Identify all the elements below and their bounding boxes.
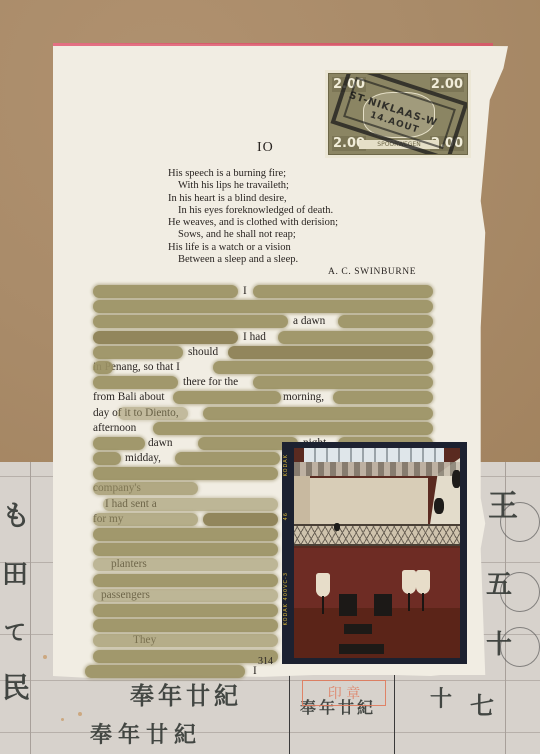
calligraphy-glyph: も <box>2 502 30 530</box>
paint-blot <box>93 634 278 647</box>
gallery-photograph: KODAK 46 KODAK 400VC-3 <box>282 442 467 664</box>
mannequin-stand <box>422 593 424 611</box>
rust-spot <box>43 655 47 659</box>
page-red-edge <box>53 43 493 46</box>
poem-line: Sows, and he shall not reap; <box>168 229 338 241</box>
calligraphy-glyph: 七 <box>470 694 494 718</box>
paint-blot <box>173 391 281 404</box>
paint-blot <box>203 513 278 526</box>
bust-figure <box>434 498 444 514</box>
stamp-design: 2.00 2.00 2.00 2.00 SPOORWEGEN ST-NIKLAA… <box>328 73 468 155</box>
mannequin-stand <box>408 593 410 611</box>
film-edge-text: KODAK 400VC-3 <box>283 572 289 625</box>
paint-blot <box>93 650 278 663</box>
circular-seal <box>500 572 540 612</box>
paint-blot <box>93 589 278 602</box>
paint-blot <box>103 498 278 511</box>
prose-row: should <box>93 345 438 360</box>
circular-seal <box>500 627 540 667</box>
calligraphy-glyph: 民 <box>2 674 30 702</box>
paint-blot <box>93 619 278 632</box>
paint-blot <box>228 346 433 359</box>
balcony-railing <box>294 524 460 546</box>
prose-row: I <box>93 284 438 299</box>
upper-truss <box>294 462 460 476</box>
prose-row: day of it to Diento, <box>93 406 438 421</box>
paint-blot <box>278 331 433 344</box>
paint-blot <box>93 574 278 587</box>
paint-blot <box>175 452 280 465</box>
dress-mannequin <box>416 570 430 594</box>
prose-row <box>93 299 438 314</box>
photo-scene <box>294 448 460 658</box>
red-seal-stamp: 印 章 <box>302 680 386 706</box>
folio-number: 314 <box>258 656 273 667</box>
postage-stamp: 2.00 2.00 2.00 2.00 SPOORWEGEN ST-NIKLAA… <box>325 70 471 158</box>
paint-blot <box>93 285 238 298</box>
poem-line: He weaves, and is clothed with derision; <box>168 217 338 229</box>
paint-blot <box>93 604 278 617</box>
ruled-line <box>0 680 540 681</box>
paint-blot <box>93 452 121 465</box>
paint-blot <box>93 513 198 526</box>
visible-word: morning, <box>283 390 324 405</box>
prose-row: there for the <box>93 375 438 390</box>
prose-row: in Penang, so that I <box>93 360 438 375</box>
paint-blot <box>213 361 433 374</box>
prose-row: from Bali about morning, <box>93 390 438 405</box>
paint-blot <box>253 285 433 298</box>
epigraph-poem: His speech is a burning fire; With his l… <box>168 168 338 266</box>
dress-mannequin <box>402 570 416 594</box>
ruled-line <box>0 732 540 733</box>
paint-blot <box>338 315 433 328</box>
paint-blot <box>93 300 433 313</box>
paint-blot <box>93 482 198 495</box>
visible-word: midday, <box>125 451 161 466</box>
paint-blot <box>203 407 433 420</box>
seal-text: 印 章 <box>328 683 360 703</box>
visible-word: should <box>188 345 218 360</box>
stamp-denomination: 2.00 <box>430 77 464 92</box>
calligraphy-glyph: 田 <box>2 562 28 588</box>
poem-line: In his eyes foreknowledged of death. <box>168 205 338 217</box>
paint-blot <box>253 376 433 389</box>
skylight <box>304 448 444 462</box>
floor-mat <box>344 624 372 634</box>
paint-blot <box>93 467 278 480</box>
visible-word: from Bali about <box>93 390 165 405</box>
visible-word: I <box>253 664 257 679</box>
paint-blot <box>93 315 288 328</box>
paint-blot <box>93 346 183 359</box>
visible-word: afternoon <box>93 421 136 436</box>
film-edge-text: KODAK <box>283 454 289 476</box>
visible-word: I <box>243 284 247 299</box>
calligraphy-glyph: 十 <box>430 688 452 710</box>
visible-word: dawn <box>148 436 172 451</box>
visible-word: I had <box>243 330 266 345</box>
paint-blot <box>333 391 433 404</box>
paint-blot <box>93 528 278 541</box>
paint-blot <box>93 331 238 344</box>
display-plinth <box>374 594 392 616</box>
film-edge-text: 46 <box>283 512 289 520</box>
calligraphy-row: 奉年廿紀 <box>90 724 202 746</box>
paint-blot <box>93 437 145 450</box>
chapter-number: IO <box>257 140 274 156</box>
poem-line: Between a sleep and a sleep. <box>168 254 338 266</box>
prose-row: a dawn <box>93 314 438 329</box>
rust-spot <box>78 712 82 716</box>
visible-word: a dawn <box>293 314 325 329</box>
poem-attribution: A. C. SWINBURNE <box>328 266 416 278</box>
mannequin-stand <box>322 596 324 614</box>
poem-line: In his heart is a blind desire, <box>168 193 338 205</box>
circular-seal <box>500 502 540 542</box>
prose-row: afternoon <box>93 421 438 436</box>
floor-mat <box>339 644 384 654</box>
poem-line: His speech is a burning fire; <box>168 168 338 180</box>
prose-row: I had <box>93 330 438 345</box>
paint-blot <box>118 407 188 420</box>
bust-figure <box>452 470 460 488</box>
dress-mannequin <box>316 573 330 597</box>
poem-line: With his lips he travaileth; <box>168 180 338 192</box>
calligraphy-glyph: て <box>4 622 26 644</box>
paint-blot <box>93 543 278 556</box>
collage-canvas: も 田 て 民 王 五 十 七 奉年廿紀 奉年廿紀 奉年廿紀 十 印 章 IO … <box>0 0 540 754</box>
paint-blot <box>93 558 278 571</box>
visible-word: there for the <box>183 375 238 390</box>
ruled-column <box>30 462 31 754</box>
back-wall <box>308 478 428 526</box>
rust-spot <box>61 718 64 721</box>
paint-blot <box>153 422 433 435</box>
paint-blot <box>93 361 113 374</box>
paint-blot <box>85 665 245 678</box>
bust-figure <box>334 523 340 531</box>
calligraphy-row: 奉年廿紀 <box>130 684 242 708</box>
poem-line: His life is a watch or a vision <box>168 242 338 254</box>
paint-blot <box>93 376 178 389</box>
display-plinth <box>339 594 357 616</box>
